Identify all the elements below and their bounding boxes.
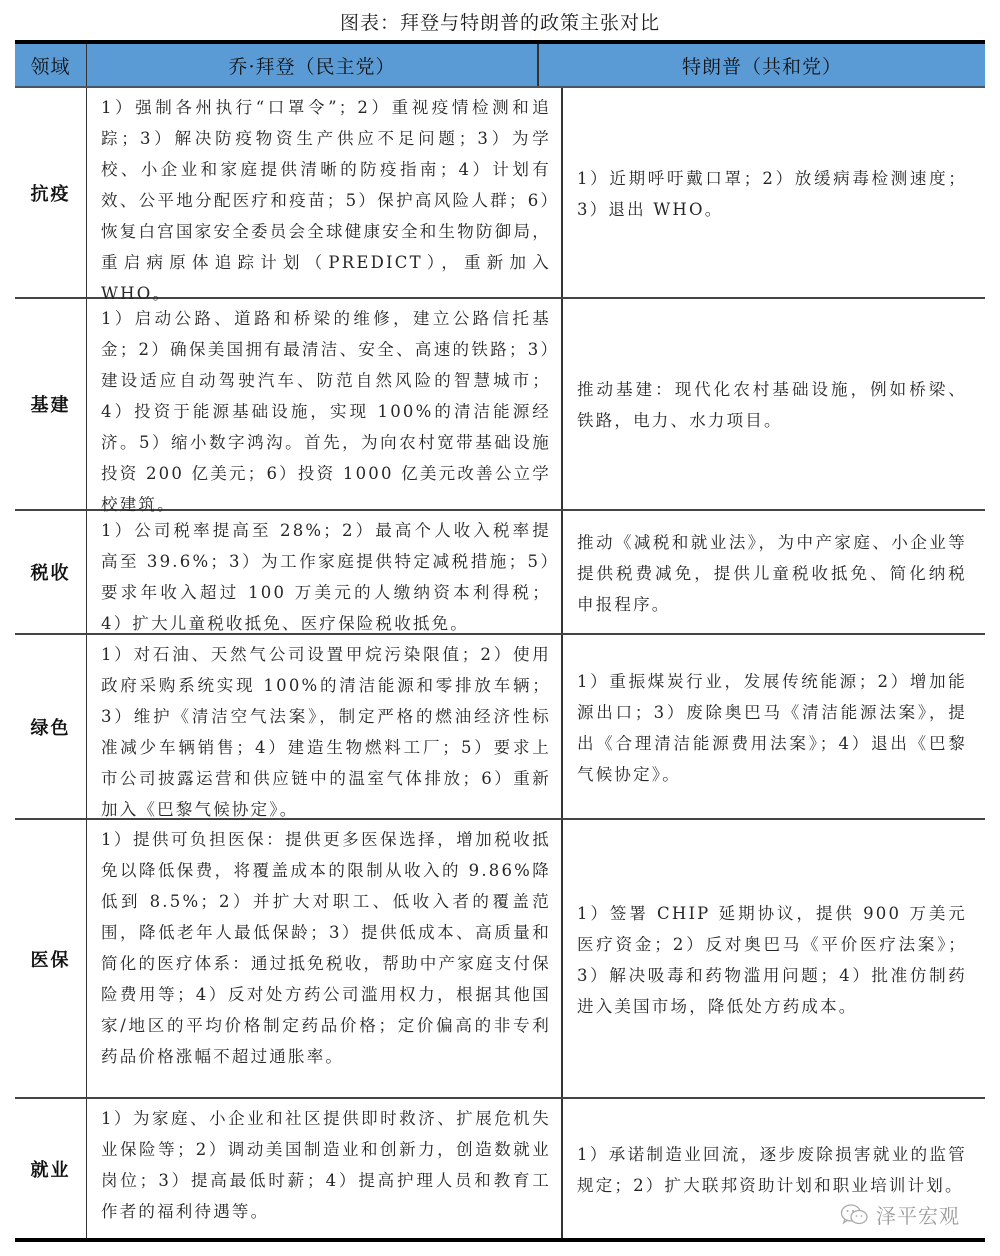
row-domain: 抗疫 xyxy=(15,88,87,297)
row-biden-policy: 1）启动公路、道路和桥梁的维修，建立公路信托基金；2）确保美国拥有最清洁、安全、… xyxy=(87,299,563,509)
row-domain: 绿色 xyxy=(15,635,87,818)
row-trump-policy: 1）签署 CHIP 延期协议，提供 900 万美元医疗资金；2）反对奥巴马《平价… xyxy=(563,820,985,1097)
row-trump-text: 推动《减税和就业法》，为中产家庭、小企业等提供税费减免，提供儿童税收抵免、简化纳… xyxy=(577,527,967,620)
row-trump-policy: 1）近期呼吁戴口罩；2）放缓病毒检测速度；3）退出 WHO。 xyxy=(563,88,985,297)
table-header: 领域 乔·拜登（民主党） 特朗普（共和党） xyxy=(15,44,985,88)
row-domain: 就业 xyxy=(15,1099,87,1238)
row-trump-text: 1）承诺制造业回流，逐步废除损害就业的监管规定；2）扩大联邦资助计划和职业培训计… xyxy=(577,1139,967,1201)
header-domain: 领域 xyxy=(15,44,87,86)
row-biden-policy: 1）提供可负担医保：提供更多医保选择，增加税收抵免以降低保费，将覆盖成本的限制从… xyxy=(87,820,563,1097)
table-row-green: 绿色 1）对石油、天然气公司设置甲烷污染限值；2）使用政府采购系统实现 100%… xyxy=(15,635,985,820)
row-domain: 医保 xyxy=(15,820,87,1097)
policy-comparison-table: 领域 乔·拜登（民主党） 特朗普（共和党） 抗疫 1）强制各州执行“口罩令”；2… xyxy=(15,40,985,1242)
table-row-healthcare: 医保 1）提供可负担医保：提供更多医保选择，增加税收抵免以降低保费，将覆盖成本的… xyxy=(15,820,985,1099)
row-trump-policy: 推动基建：现代化农村基础设施，例如桥梁、铁路，电力、水力项目。 xyxy=(563,299,985,509)
watermark: 泽平宏观 xyxy=(840,1200,960,1229)
table-row-tax: 税收 1）公司税率提高至 28%；2）最高个人收入税率提高至 39.6%；3）为… xyxy=(15,511,985,635)
figure-caption: 图表：拜登与特朗普的政策主张对比 xyxy=(0,10,1000,36)
table-row-infrastructure: 基建 1）启动公路、道路和桥梁的维修，建立公路信托基金；2）确保美国拥有最清洁、… xyxy=(15,299,985,511)
row-trump-policy: 推动《减税和就业法》，为中产家庭、小企业等提供税费减免，提供儿童税收抵免、简化纳… xyxy=(563,511,985,633)
row-trump-text: 1）近期呼吁戴口罩；2）放缓病毒检测速度；3）退出 WHO。 xyxy=(577,163,967,225)
header-trump: 特朗普（共和党） xyxy=(539,44,985,86)
row-trump-text: 推动基建：现代化农村基础设施，例如桥梁、铁路，电力、水力项目。 xyxy=(577,374,967,436)
row-trump-text: 1）签署 CHIP 延期协议，提供 900 万美元医疗资金；2）反对奥巴马《平价… xyxy=(577,898,967,1022)
row-biden-policy: 1）公司税率提高至 28%；2）最高个人收入税率提高至 39.6%；3）为工作家… xyxy=(87,511,563,633)
row-biden-policy: 1）强制各州执行“口罩令”；2）重视疫情检测和追踪；3）解决防疫物资生产供应不足… xyxy=(87,88,563,297)
row-domain: 税收 xyxy=(15,511,87,633)
watermark-text: 泽平宏观 xyxy=(876,1200,960,1229)
table-row-epidemic: 抗疫 1）强制各州执行“口罩令”；2）重视疫情检测和追踪；3）解决防疫物资生产供… xyxy=(15,88,985,299)
row-biden-policy: 1）对石油、天然气公司设置甲烷污染限值；2）使用政府采购系统实现 100%的清洁… xyxy=(87,635,563,818)
header-biden: 乔·拜登（民主党） xyxy=(87,44,539,86)
row-trump-text: 1）重振煤炭行业，发展传统能源；2）增加能源出口；3）废除奥巴马《清洁能源法案》… xyxy=(577,666,967,790)
row-trump-policy: 1）重振煤炭行业，发展传统能源；2）增加能源出口；3）废除奥巴马《清洁能源法案》… xyxy=(563,635,985,818)
row-biden-policy: 1）为家庭、小企业和社区提供即时救济、扩展危机失业保险等；2）调动美国制造业和创… xyxy=(87,1099,563,1238)
row-domain: 基建 xyxy=(15,299,87,509)
wechat-icon xyxy=(840,1203,870,1227)
